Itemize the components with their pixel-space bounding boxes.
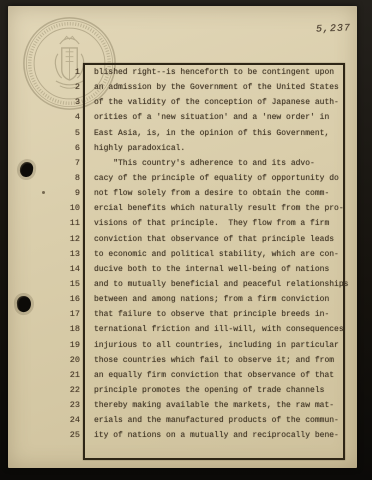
line-number: 22 — [58, 383, 80, 398]
line-number: 8 — [58, 171, 80, 186]
document-line: erials and the manufactured products of … — [94, 413, 344, 428]
line-number: 19 — [58, 338, 80, 353]
document-line: cacy of the principle of equality of opp… — [94, 171, 344, 186]
line-number: 9 — [58, 186, 80, 201]
line-number-column: 1234567891011121314151617181920212223242… — [58, 65, 80, 444]
line-number: 11 — [58, 216, 80, 231]
line-number: 24 — [58, 413, 80, 428]
document-line: blished right--is henceforth to be conti… — [94, 65, 344, 80]
document-line: to economic and political stability, whi… — [94, 247, 344, 262]
document-line: conviction that observance of that princ… — [94, 232, 344, 247]
document-line: and to mutually beneficial and peaceful … — [94, 277, 344, 292]
line-number: 16 — [58, 292, 80, 307]
line-number: 7 — [58, 156, 80, 171]
line-number: 3 — [58, 95, 80, 110]
line-number: 23 — [58, 398, 80, 413]
document-line: ternational friction and ill-will, with … — [94, 322, 344, 337]
document-line: of the validity of the conception of Jap… — [94, 95, 344, 110]
scan-background: 5,237 1234567891011121314151617181920212… — [0, 0, 372, 480]
line-number: 15 — [58, 277, 80, 292]
document-line: East Asia, is, in the opinion of this Go… — [94, 126, 344, 141]
line-number: 5 — [58, 126, 80, 141]
line-number: 12 — [58, 232, 80, 247]
document-page: 5,237 1234567891011121314151617181920212… — [8, 6, 357, 468]
line-number: 14 — [58, 262, 80, 277]
line-number: 1 — [58, 65, 80, 80]
line-number: 25 — [58, 428, 80, 443]
document-line: thereby making available the markets, th… — [94, 398, 344, 413]
document-line: not flow solely from a desire to obtain … — [94, 186, 344, 201]
line-number: 21 — [58, 368, 80, 383]
document-line: an admission by the Government of the Un… — [94, 80, 344, 95]
document-line: orities of a 'new situation' and a 'new … — [94, 110, 344, 125]
document-line: ity of nations on a mutually and recipro… — [94, 428, 344, 443]
page-number: 5,237 — [316, 23, 351, 35]
document-line: "This country's adherence to and its adv… — [94, 156, 344, 171]
document-line: highly paradoxical. — [94, 141, 344, 156]
document-line: that failure to observe that principle b… — [94, 307, 344, 322]
document-line: visions of that principle. They flow fro… — [94, 216, 344, 231]
line-number: 13 — [58, 247, 80, 262]
line-number: 2 — [58, 80, 80, 95]
document-line: principle promotes the opening of trade … — [94, 383, 344, 398]
document-text-column: blished right--is henceforth to be conti… — [94, 65, 344, 444]
document-line: ercial benefits which naturally result f… — [94, 201, 344, 216]
document-line: between and among nations; from a firm c… — [94, 292, 344, 307]
ink-speck — [42, 191, 45, 194]
document-line: injurious to all countries, including in… — [94, 338, 344, 353]
line-number: 18 — [58, 322, 80, 337]
line-number: 17 — [58, 307, 80, 322]
document-line: an equally firm conviction that observan… — [94, 368, 344, 383]
document-line: ducive both to the internal well-being o… — [94, 262, 344, 277]
line-number: 4 — [58, 110, 80, 125]
line-number: 6 — [58, 141, 80, 156]
line-number: 10 — [58, 201, 80, 216]
line-number: 20 — [58, 353, 80, 368]
document-line: those countries which fail to observe it… — [94, 353, 344, 368]
